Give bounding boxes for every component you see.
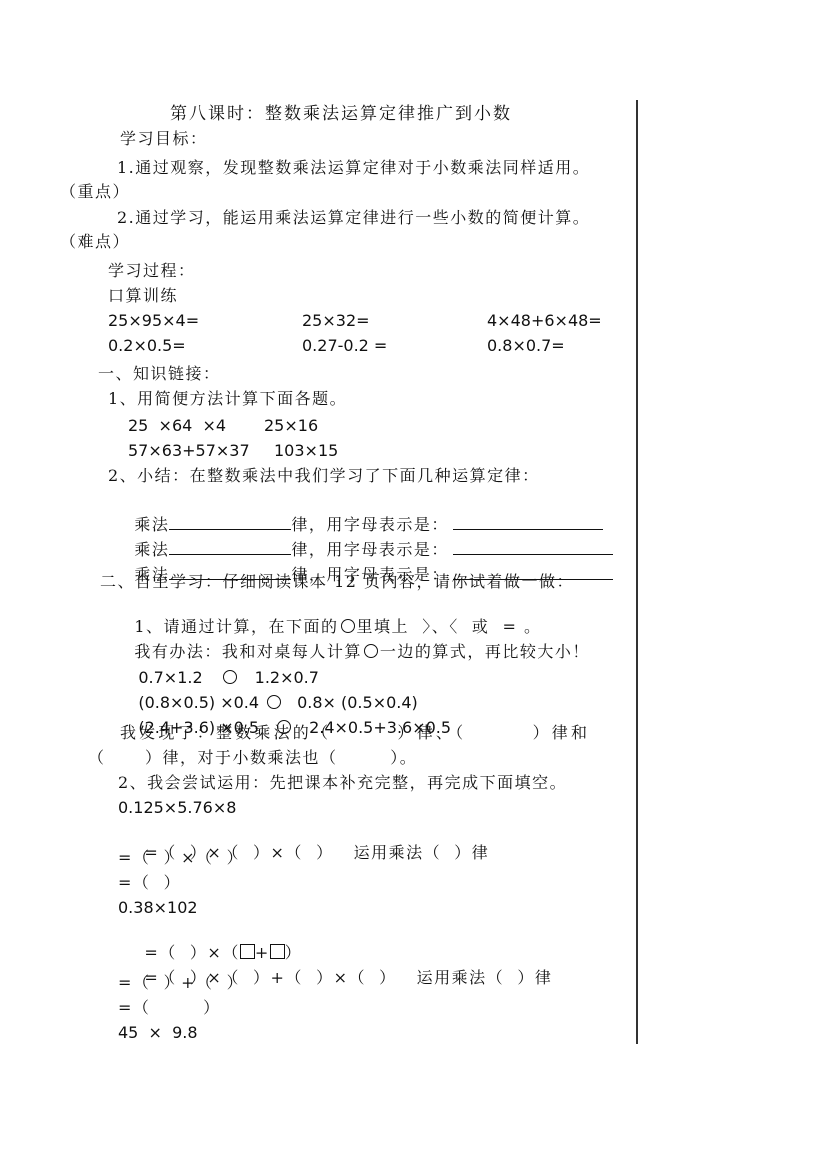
method-text-end: 一边的算式，再比较大小！ xyxy=(380,642,590,661)
process-heading: 学习过程： xyxy=(108,261,196,281)
ex2-step3: =（ ）+（ ） xyxy=(118,973,244,993)
oral-item: 0.27-0.2 = xyxy=(302,336,387,356)
ex1-expr: 0.125×5.76×8 xyxy=(118,798,236,818)
ex2-step4: =（ ） xyxy=(118,998,221,1018)
worksheet-page: 第八课时：整数乘法运算定律推广到小数 学习目标： 1.通过观察，发现整数乘法运算… xyxy=(0,0,827,1169)
circle-icon xyxy=(364,644,378,658)
objectives-heading: 学习目标： xyxy=(120,129,208,149)
oral-item: 4×48+6×48= xyxy=(487,311,602,331)
ex3-expr: 45 × 9.8 xyxy=(118,1023,198,1043)
objective-1-tag: （重点） xyxy=(60,182,130,202)
discover-line-1: 我发现了：整数乘法的（ ）律、（ ）律和 xyxy=(120,723,590,743)
right-margin-rule xyxy=(636,100,638,1044)
calc-item: 25 ×64 ×4 xyxy=(128,416,226,436)
ex2-expr: 0.38×102 xyxy=(118,898,198,918)
oral-item: 0.8×0.7= xyxy=(487,336,565,356)
section1-q2: 2、小结：在整数乘法中我们学习了下面几种运算定律： xyxy=(108,466,540,486)
oral-heading: 口算训练 xyxy=(108,286,178,306)
ex2-step2-note: 运用乘法（ ）律 xyxy=(417,968,553,987)
section2-heading: 二、自主学习：仔细阅读课本 12 页内容，请你试着做一做： xyxy=(100,572,574,592)
calc-item: 25×16 xyxy=(264,416,318,436)
section1-heading: 一、知识链接： xyxy=(98,364,221,384)
oral-item: 25×95×4= xyxy=(108,311,199,331)
oral-item: 25×32= xyxy=(302,311,370,331)
section1-q1: 1、用简便方法计算下面各题。 xyxy=(108,389,347,409)
objective-2: 2.通过学习，能运用乘法运算定律进行一些小数的简便计算。 xyxy=(117,208,590,228)
oral-item: 0.2×0.5= xyxy=(108,336,186,356)
ex1-step3: =（ ） xyxy=(118,873,181,893)
calc-item: 57×63+57×37 xyxy=(128,441,250,461)
ex1-step2: =（ ）×（ ） xyxy=(118,848,244,868)
objective-2-tag: （难点） xyxy=(60,232,130,252)
calc-item: 103×15 xyxy=(274,441,338,461)
page-title: 第八课时：整数乘法运算定律推广到小数 xyxy=(170,104,512,124)
ex1-step1-note: 运用乘法（ ）律 xyxy=(354,843,490,862)
objective-1: 1.通过观察，发现整数乘法运算定律对于小数乘法同样适用。 xyxy=(117,158,590,178)
section2-q2: 2、我会尝试运用：先把课本补充完整，再完成下面填空。 xyxy=(118,773,567,793)
discover-line-2: （ ）律，对于小数乘法也（ ）。 xyxy=(88,748,417,768)
